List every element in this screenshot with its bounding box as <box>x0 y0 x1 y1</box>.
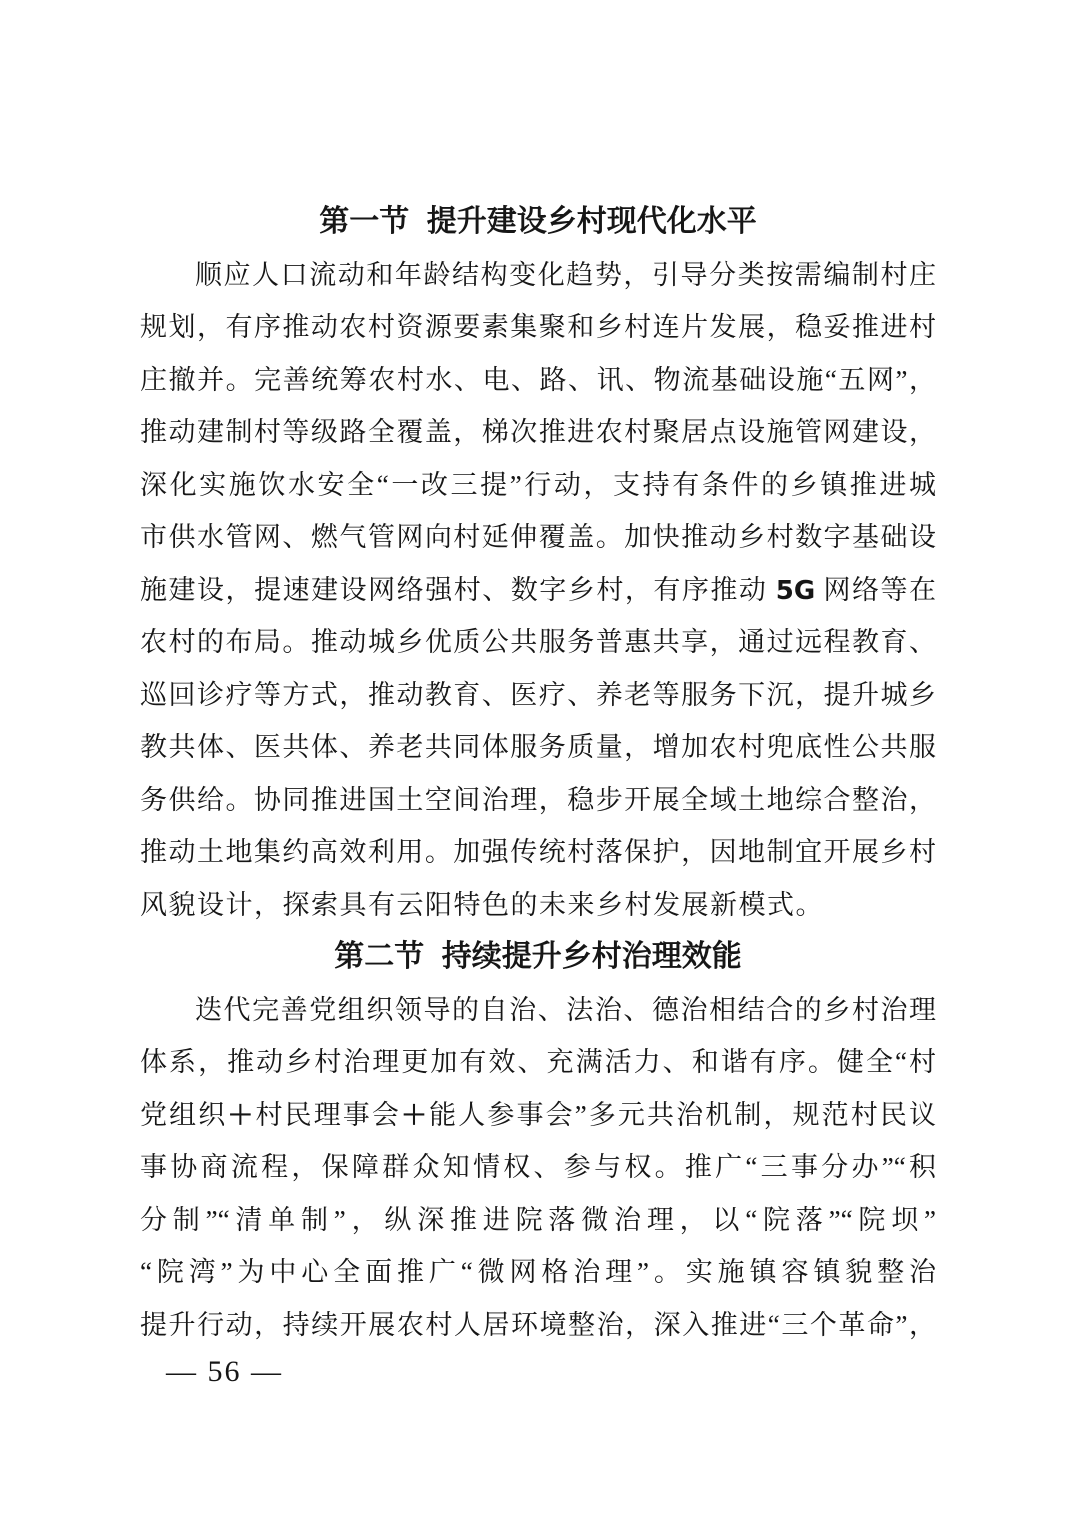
text-line: 迭代完善党组织领导的自治、法治、德治相结合的乡村治理 <box>140 984 936 1037</box>
text-line: 巡回诊疗等方式，推动教育、医疗、养老等服务下沉，提升城乡 <box>140 669 936 722</box>
page-number-footer: — 56 — <box>166 1352 283 1392</box>
text-line: 务供给。协同推进国土空间治理，稳步开展全域土地综合整治， <box>140 774 936 827</box>
text-line: 教共体、医共体、养老共同体服务质量，增加农村兜底性公共服 <box>140 721 936 774</box>
text-line: 庄撤并。完善统筹农村水、电、路、讯、物流基础设施“五网”， <box>140 354 936 407</box>
text-line: 农村的布局。推动城乡优质公共服务普惠共享，通过远程教育、 <box>140 616 936 669</box>
text-line: 党组织＋村民理事会＋能人参事会”多元共治机制，规范村民议 <box>140 1089 936 1142</box>
latin-text: 5G <box>776 576 815 606</box>
document-content: 第一节 提升建设乡村现代化水平顺应人口流动和年龄结构变化趋势，引导分类按需编制村… <box>140 196 936 1351</box>
text-line: 推动土地集约高效利用。加强传统村落保护，因地制宜开展乡村 <box>140 826 936 879</box>
text-line: 体系，推动乡村治理更加有效、充满活力、和谐有序。健全“村 <box>140 1036 936 1089</box>
latin-text: ＋ <box>401 1101 429 1131</box>
text-line: 风貌设计，探索具有云阳特色的未来乡村发展新模式。 <box>140 879 936 932</box>
section-heading-2: 第二节 持续提升乡村治理效能 <box>140 931 936 984</box>
document-page: 第一节 提升建设乡村现代化水平顺应人口流动和年龄结构变化趋势，引导分类按需编制村… <box>0 0 1074 1520</box>
text-line: 推动建制村等级路全覆盖，梯次推进农村聚居点设施管网建设， <box>140 406 936 459</box>
text-line: 施建设，提速建设网络强村、数字乡村，有序推动 5G 网络等在 <box>140 564 936 617</box>
section-heading-1: 第一节 提升建设乡村现代化水平 <box>140 196 936 249</box>
text-line: “院湾”为中心全面推广“微网格治理”。实施镇容镇貌整治 <box>140 1246 936 1299</box>
latin-text: ＋ <box>227 1101 255 1131</box>
text-line: 分制”“清单制”，纵深推进院落微治理，以“院落”“院坝” <box>140 1194 936 1247</box>
text-line: 规划，有序推动农村资源要素集聚和乡村连片发展，稳妥推进村 <box>140 301 936 354</box>
text-line: 提升行动，持续开展农村人居环境整治，深入推进“三个革命”， <box>140 1299 936 1352</box>
text-line: 深化实施饮水安全“一改三提”行动，支持有条件的乡镇推进城 <box>140 459 936 512</box>
text-line: 事协商流程，保障群众知情权、参与权。推广“三事分办”“积 <box>140 1141 936 1194</box>
text-line: 顺应人口流动和年龄结构变化趋势，引导分类按需编制村庄 <box>140 249 936 302</box>
text-line: 市供水管网、燃气管网向村延伸覆盖。加快推动乡村数字基础设 <box>140 511 936 564</box>
